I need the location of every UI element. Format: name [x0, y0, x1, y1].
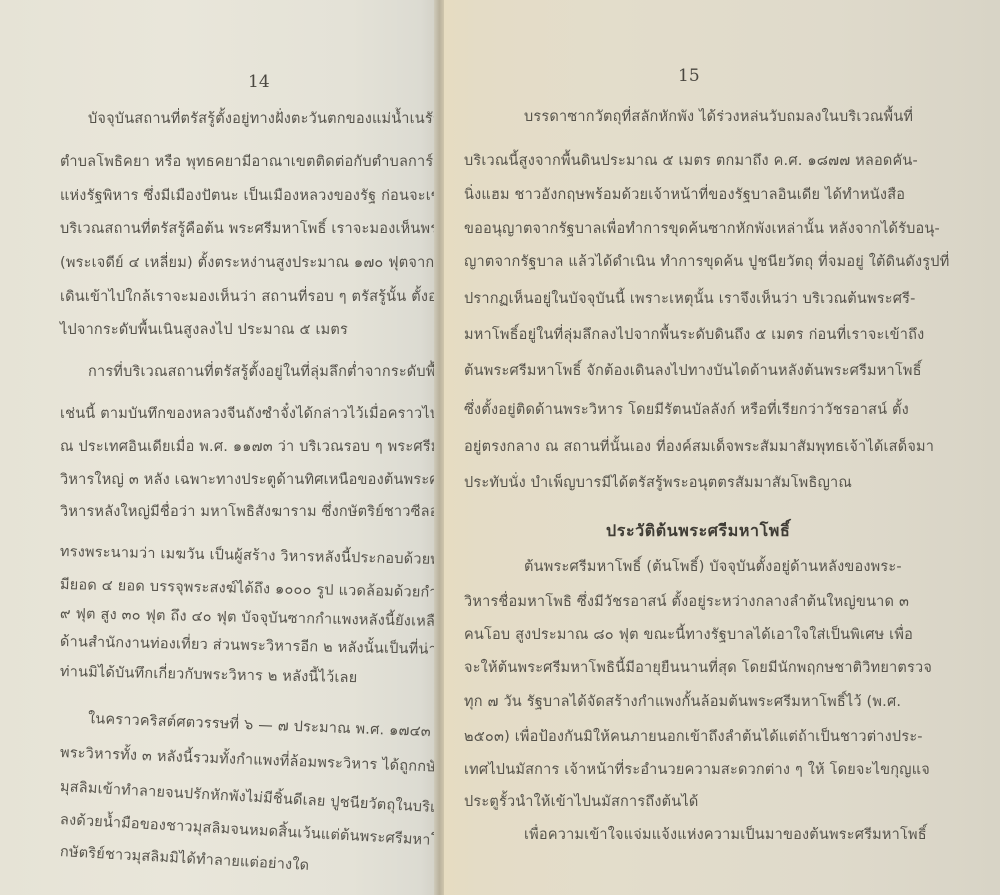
section-heading: ประวัติต้นพระศรีมหาโพธิ์ [606, 519, 790, 544]
text-line: เดินเข้าไปใกล้เราจะมองเห็นว่า สถานที่รอบ… [60, 285, 438, 308]
open-book-spread: 14 บัจจุบันสถานที่ตรัสรู้ตั้งอยู่ทางฝั่ง… [0, 0, 1000, 895]
text-line: จะให้ต้นพระศรีมหาโพธินี้มีอายุยืนนานที่ส… [464, 656, 932, 679]
text-line: บริเวณนี้สูงจากพื้นดินประมาณ ๕ เมตร ตกมา… [464, 149, 918, 172]
text-line: นิ่งแฮม ชาวอังกฤษพร้อมด้วยเจ้าหน้าที่ของ… [464, 183, 905, 206]
text-line: วิหารชื่อมหาโพธิ ซึ่งมีวัชรอาสน์ ตั้งอยู… [464, 590, 909, 613]
text-line: กษัตริย์ชาวมุสลิมมิได้ทำลายแต่อย่างใด [59, 840, 309, 877]
text-line: ขออนุญาตจากรัฐบาลเพื่อทำการขุดค้นซากหักพ… [464, 217, 940, 240]
text-line: มียอด ๔ ยอด บรรจุพระสงฆ์ได้ถึง ๑๐๐๐ รูป … [60, 573, 438, 604]
text-line: คนโอบ สูงประมาณ ๘๐ ฟุต ขณะนี้ทางรัฐบาลได… [464, 623, 913, 646]
text-line: พระวิหารทั้ง ๓ หลังนี้รวมทั้งกำแพงที่ล้อ… [60, 741, 438, 779]
text-line: ๒๕๐๓) เพื่อป้องกันมิให้คนภายนอกเข้าถึงลำ… [464, 725, 923, 748]
text-line: บริเวณสถานที่ตรัสรู้คือต้น พระศรีมหาโพธิ… [60, 217, 438, 240]
text-line: เช่นนี้ ตามบันทึกของหลวงจีนถังซำจั๋งได้ก… [60, 402, 438, 425]
left-page: 14 บัจจุบันสถานที่ตรัสรู้ตั้งอยู่ทางฝั่ง… [0, 0, 438, 895]
text-line: ทรงพระนามว่า เมฆวัน เป็นผู้สร้าง วิหารหล… [60, 540, 438, 572]
text-line: ต้นพระศรีมหาโพธิ์ จักต้องเดินลงไปทางบันไ… [464, 359, 922, 382]
text-line: ปรากฏเห็นอยู่ในบัจจุบันนี้ เพราะเหตุนั้น… [464, 287, 916, 310]
text-line: ต้นพระศรีมหาโพธิ์ (ต้นโพธิ์) บัจจุบันตั้… [524, 555, 902, 578]
text-line: ซึ่งตั้งอยู่ติดด้านพระวิหาร โดยมีรัตนบัล… [464, 398, 909, 421]
text-line: ประตูรั้วนำให้เข้าไปนมัสการถึงต้นได้ [464, 790, 698, 813]
text-line: (พระเจดีย์ ๔ เหลี่ยม) ตั้งตระหง่านสูงประ… [60, 251, 438, 274]
page-number-left: 14 [248, 72, 270, 92]
text-line: ไปจากระดับพื้นเนินสูงลงไป ประมาณ ๕ เมตร [60, 318, 348, 341]
text-line: บัจจุบันสถานที่ตรัสรู้ตั้งอยู่ทางฝั่งตะว… [88, 107, 438, 130]
text-line: ๙ ฟุต สูง ๓๐ ฟุต ถึง ๔๐ ฟุต บัจจุบันซากก… [60, 602, 438, 633]
text-line: ตำบลโพธิคยา หรือ พุทธคยามีอาณาเขตติดต่อก… [60, 150, 438, 173]
text-line: แห่งรัฐพิหาร ซึ่งมีเมืองปัตนะ เป็นเมืองห… [60, 184, 438, 207]
text-line: ญาตจากรัฐบาล แล้วได้ดำเนิน ทำการขุดค้น ป… [464, 250, 949, 273]
text-line: การที่บริเวณสถานที่ตรัสรู้ตั้งอยู่ในที่ล… [88, 360, 438, 383]
text-line: บรรดาซากวัตถุที่สลักหักพัง ได้ร่วงหล่นวั… [524, 105, 913, 128]
page-number-right: 15 [678, 66, 700, 86]
text-line: วิหารหลังใหญ่มีชื่อว่า มหาโพธิสังฆาราม ซ… [60, 500, 438, 523]
text-line: ท่านมิได้บันทึกเกี่ยวกับพระวิหาร ๒ หลังน… [60, 660, 358, 689]
text-line: ประทับนั่ง บำเพ็ญบารมีได้ตรัสรู้พระอนุตต… [464, 471, 852, 494]
text-line: อยู่ตรงกลาง ณ สถานที่นั้นเอง ที่องค์สมเด… [464, 435, 934, 458]
text-line: ทุก ๗ วัน รัฐบาลได้จัดสร้างกำแพงกั้นล้อม… [464, 690, 901, 713]
text-line: เพื่อความเข้าใจแจ่มแจ้งแห่งความเป็นมาของ… [524, 823, 927, 846]
text-line: วิหารใหญ่ ๓ หลัง เฉพาะทางประตูด้านทิศเหน… [60, 468, 438, 491]
right-page: 15 บรรดาซากวัตถุที่สลักหักพัง ได้ร่วงหล่… [444, 0, 1000, 895]
text-line: มหาโพธิ์อยู่ในที่ลุ่มลึกลงไปจากพื้นระดับ… [464, 323, 924, 346]
text-line: ในคราวคริสต์ศตวรรษที่ ๖ — ๗ ประมาณ พ.ศ. … [88, 707, 432, 743]
text-line: ด้านสำนักงานท่องเที่ยว ส่วนพระวิหารอีก ๒… [60, 630, 438, 662]
text-line: ณ ประเทศอินเดียเมื่อ พ.ศ. ๑๑๗๓ ว่า บริเว… [60, 435, 438, 458]
text-line: เทศไปนมัสการ เจ้าหน้าที่ระอำนวยความสะดวก… [464, 758, 930, 781]
